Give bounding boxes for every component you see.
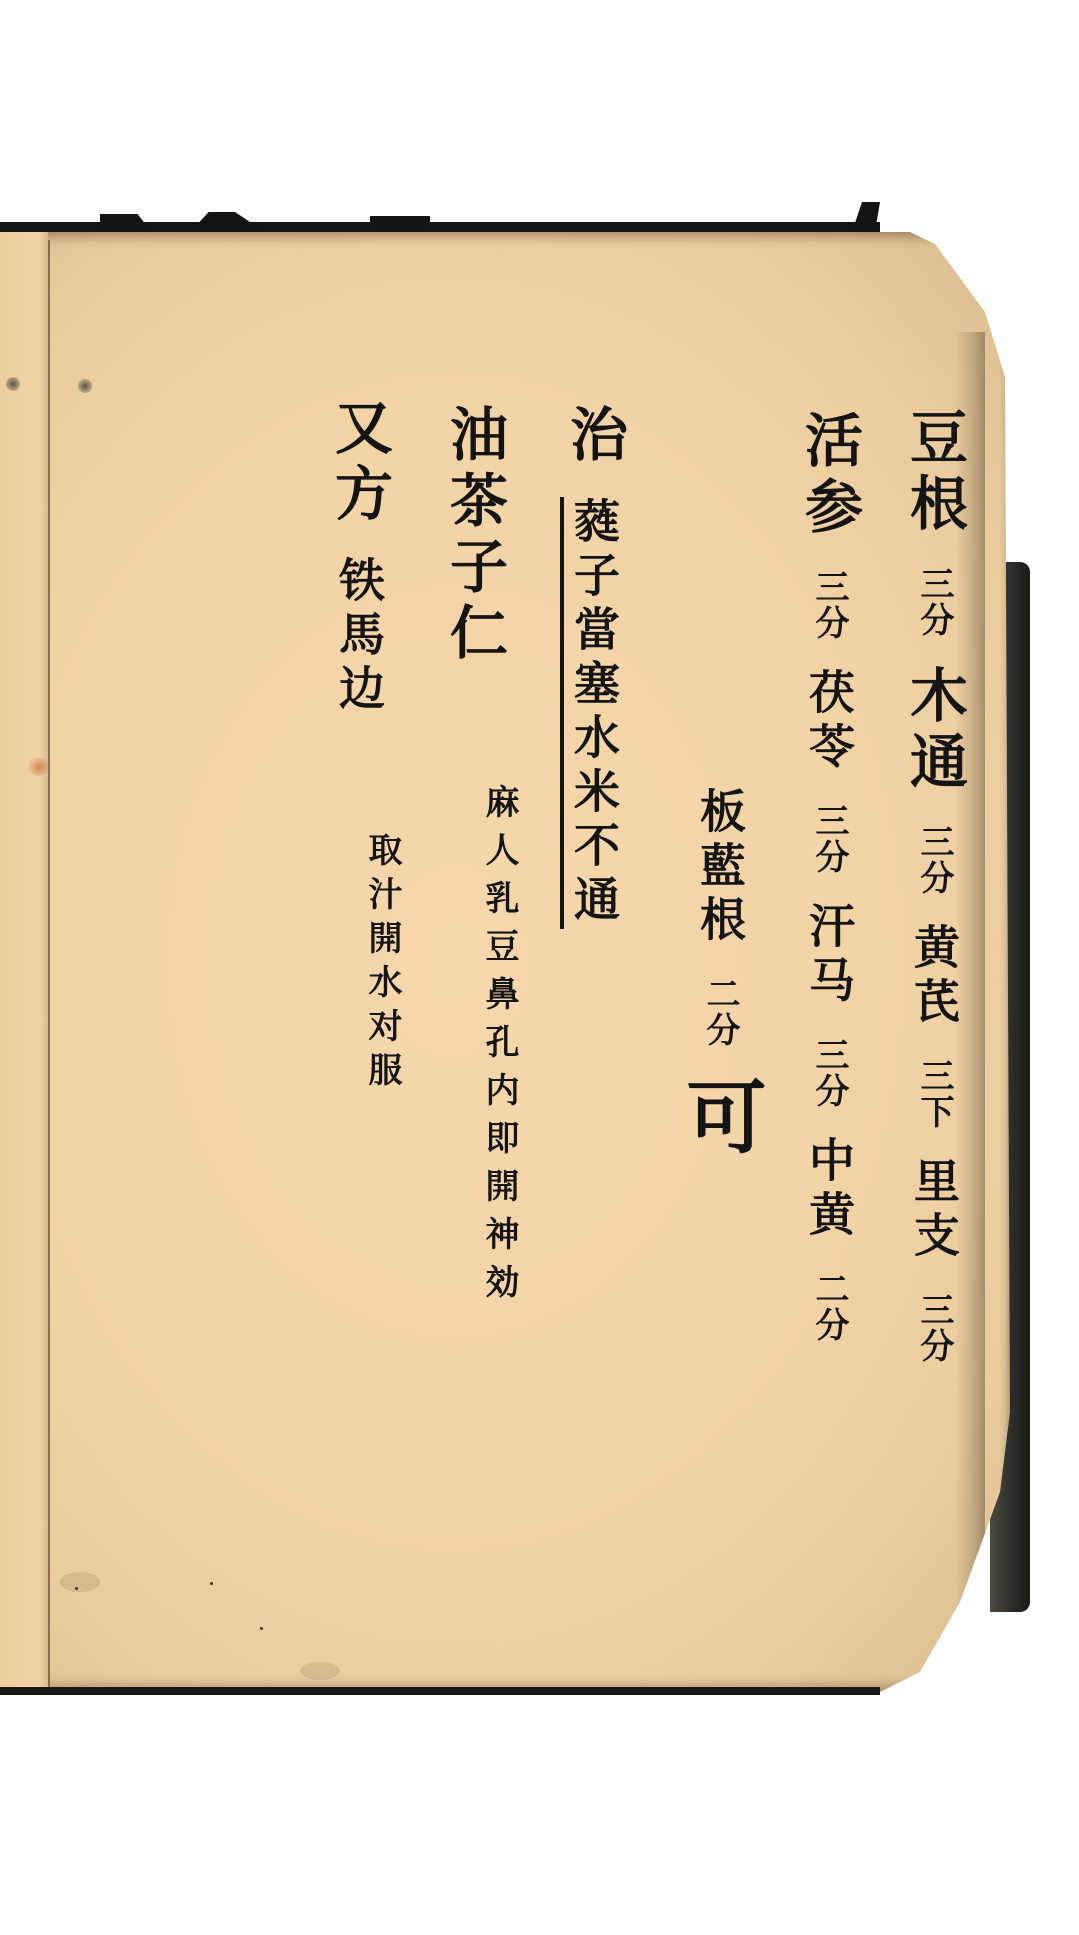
stitch-hole: [6, 377, 20, 391]
herb-name: 汗马: [802, 902, 856, 1010]
herb-name: 板藍根: [693, 787, 747, 949]
binding-tab: [370, 216, 430, 230]
herb-name: 活参: [795, 410, 863, 542]
text-column-1: 豆根 三分 木通 三分 黄芪 三下 里支 三分: [905, 407, 963, 1364]
speck: [210, 1582, 213, 1585]
herb-name: 木通: [900, 665, 968, 797]
stain: [300, 1662, 340, 1680]
herb-name: 里支: [907, 1157, 961, 1265]
herb-name: 油茶子仁: [440, 404, 508, 668]
dose: 三分: [914, 1292, 954, 1364]
dose: 三分: [914, 566, 954, 638]
dose: 三分: [809, 803, 849, 875]
herb-name: 茯苓: [802, 668, 856, 776]
text-column-5-annotation: 麻人乳豆鼻孔内即開神効: [482, 784, 516, 1312]
dose: 二分: [700, 976, 740, 1048]
heading-treat: 治: [560, 404, 628, 470]
text-column-7: 取汁開水对服: [365, 832, 399, 1096]
dose: 二分: [809, 1271, 849, 1343]
left-page-strip: [0, 232, 48, 1692]
text-column-6: 又方 铁馬边: [330, 397, 388, 718]
stain: [60, 1572, 100, 1592]
red-ink-mark: [26, 758, 52, 776]
herb-name: 中黄: [802, 1136, 856, 1244]
dose: 三分: [809, 569, 849, 641]
notebook: 豆根 三分 木通 三分 黄芪 三下 里支 三分 活参 三分 茯苓 三分 汗马 三…: [0, 232, 1030, 1692]
herb-name: 豆根: [900, 407, 968, 539]
speck: [260, 1627, 263, 1630]
heading-alt-recipe: 又方: [325, 397, 393, 529]
dose: 三下: [914, 1058, 954, 1130]
indication-text: 蕤子當塞水米不通: [567, 497, 621, 929]
page-fold-line: [48, 240, 50, 1690]
text-column-5: 油茶子仁: [445, 404, 503, 668]
dose: 三分: [809, 1037, 849, 1109]
herb-name: 黄芪: [907, 923, 961, 1031]
speck: [75, 1587, 78, 1590]
text-column-2: 活参 三分 茯苓 三分 汗马 三分 中黄 二分: [800, 410, 858, 1343]
binding-tab: [100, 214, 150, 230]
right-page: 豆根 三分 木通 三分 黄芪 三下 里支 三分 活参 三分 茯苓 三分 汗马 三…: [0, 232, 1010, 1692]
usage-note: 取汁開水对服: [362, 832, 402, 1096]
stitch-hole: [78, 379, 92, 393]
approval-mark: 可: [673, 1075, 767, 1163]
usage-note: 麻人乳豆鼻孔内即開神効: [479, 784, 519, 1312]
dose: 三分: [914, 824, 954, 896]
text-column-3: 板藍根 二分 可: [680, 787, 760, 1163]
herb-name: 铁馬边: [332, 556, 386, 718]
bottom-edge-shadow: [0, 1687, 880, 1695]
text-column-4: 治 蕤子當塞水米不通: [565, 404, 623, 929]
